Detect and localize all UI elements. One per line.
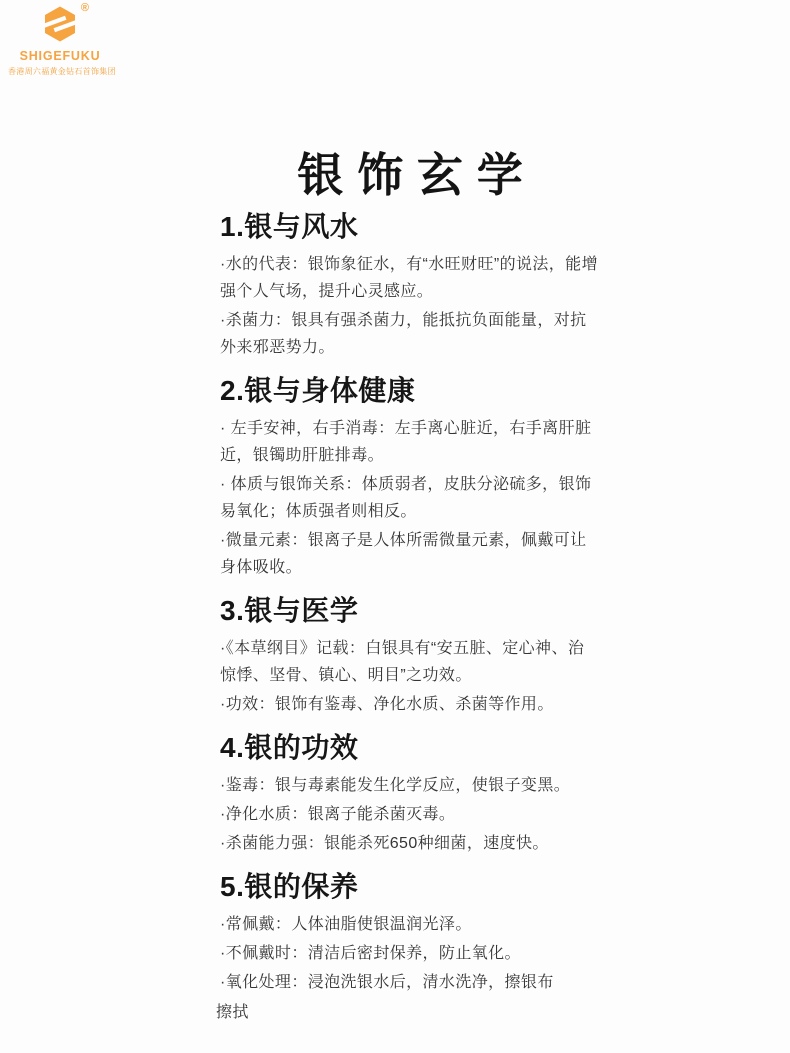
section-heading: 2.银与身体健康	[220, 374, 600, 408]
article-silver-metaphysics: 银饰玄学 1.银与风水 ·水的代表：银饰象征水，有“水旺财旺”的说法，能增强个人…	[220, 146, 600, 1026]
brand-logo: ®	[45, 6, 75, 42]
brand-name: SHIGEFUKU	[8, 49, 112, 63]
bullet-line: · 左手安神，右手消毒：左手离心脏近，右手离肝脏近，银镯助肝脏排毒。	[220, 415, 600, 469]
bullet-line: ·不佩戴时：清洁后密封保养，防止氧化。	[220, 940, 600, 967]
section-silver-effects: 4.银的功效 ·鉴毒：银与毒素能发生化学反应，使银子变黑。 ·净化水质：银离子能…	[220, 731, 600, 857]
bullet-line: ·氧化处理：浸泡洗银水后，清水洗净，擦银布	[220, 969, 600, 996]
bullet-line: ·常佩戴：人体油脂使银温润光泽。	[220, 911, 600, 938]
bullet-line: ·功效：银饰有鉴毒、净化水质、杀菌等作用。	[220, 691, 600, 718]
section-silver-care: 5.银的保养 ·常佩戴：人体油脂使银温润光泽。 ·不佩戴时：清洁后密封保养，防止…	[220, 870, 600, 1026]
section-silver-and-feng-shui: 1.银与风水 ·水的代表：银饰象征水，有“水旺财旺”的说法，能增强个人气场，提升…	[220, 210, 600, 361]
section-heading: 5.银的保养	[220, 870, 600, 904]
page: ® SHIGEFUKU 香港周六福黄金钻石首饰集团 银饰玄学 1.银与风水 ·水…	[0, 0, 790, 1053]
bullet-line: ·净化水质：银离子能杀菌灭毒。	[220, 801, 600, 828]
hexagon-s-monogram-icon	[45, 6, 75, 42]
section-silver-and-medicine: 3.银与医学 ·《本草纲目》记载：白银具有“安五脏、定心神、治惊悸、坚骨、镇心、…	[220, 594, 600, 718]
section-silver-and-health: 2.银与身体健康 · 左手安神，右手消毒：左手离心脏近，右手离肝脏近，银镯助肝脏…	[220, 374, 600, 581]
section-heading: 1.银与风水	[220, 210, 600, 244]
bullet-line: ·水的代表：银饰象征水，有“水旺财旺”的说法，能增强个人气场，提升心灵感应。	[220, 251, 600, 305]
registered-trademark-icon: ®	[81, 3, 89, 14]
bullet-line: ·杀菌能力强：银能杀死650种细菌，速度快。	[220, 830, 600, 857]
section-heading: 4.银的功效	[220, 731, 600, 765]
bullet-line: ·微量元素：银离子是人体所需微量元素，佩戴可让身体吸收。	[220, 527, 600, 581]
trailing-line: 擦拭	[216, 999, 600, 1026]
page-title: 银饰玄学	[220, 146, 600, 204]
section-heading: 3.银与医学	[220, 594, 600, 628]
brand-tagline: 香港周六福黄金钻石首饰集团	[8, 66, 112, 77]
bullet-line: · 体质与银饰关系：体质弱者，皮肤分泌硫多，银饰易氧化；体质强者则相反。	[220, 471, 600, 525]
bullet-line: ·《本草纲目》记载：白银具有“安五脏、定心神、治惊悸、坚骨、镇心、明目”之功效。	[220, 635, 600, 689]
bullet-line: ·鉴毒：银与毒素能发生化学反应，使银子变黑。	[220, 772, 600, 799]
brand-header: ® SHIGEFUKU 香港周六福黄金钻石首饰集团	[8, 4, 112, 77]
bullet-line: ·杀菌力：银具有强杀菌力，能抵抗负面能量，对抗外来邪恶势力。	[220, 307, 600, 361]
